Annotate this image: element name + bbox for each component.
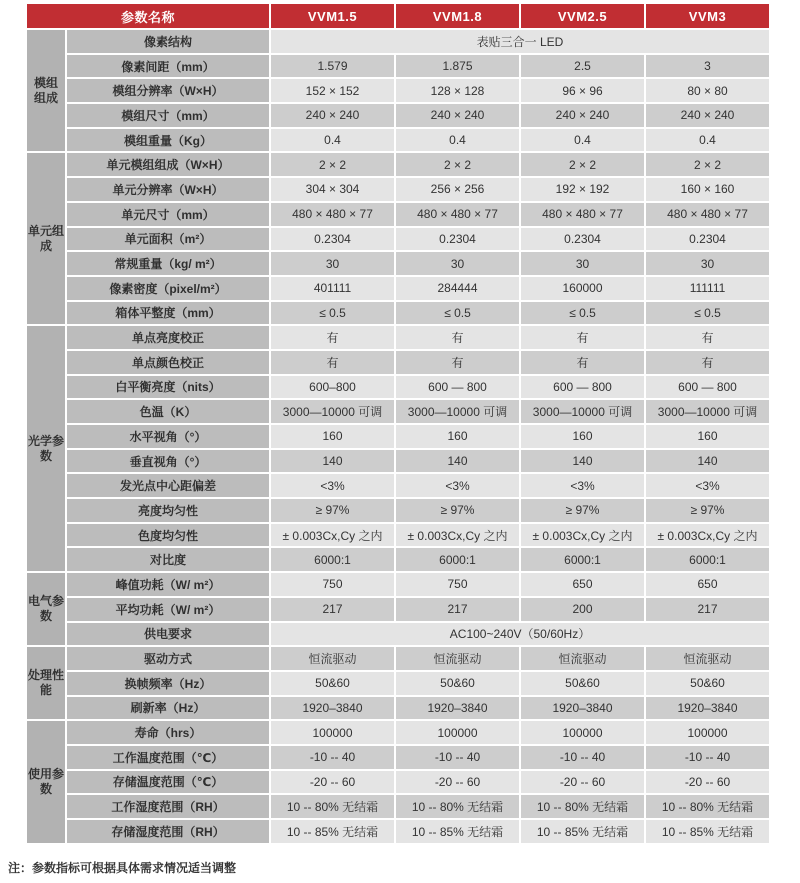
value-cell: 30 [271,252,394,275]
param-cell: 对比度 [67,548,269,571]
value-cell: 480 × 480 × 77 [271,203,394,226]
value-cell: 0.4 [271,129,394,152]
spec-row: 单元分辨率（W×H）304 × 304256 × 256192 × 192160… [27,178,769,201]
param-cell: 水平视角（°） [67,425,269,448]
value-cell: 240 × 240 [271,104,394,127]
value-cell: 10 -- 80% 无结霜 [521,795,644,818]
param-cell: 峰值功耗（W/ m²） [67,573,269,596]
value-cell: 80 × 80 [646,79,769,102]
value-cell: 100000 [646,721,769,744]
param-cell: 模组分辨率（W×H） [67,79,269,102]
value-cell: 160 [646,425,769,448]
value-cell: 3000—10000 可调 [646,400,769,423]
value-cell: ± 0.003Cx,Cy 之内 [271,524,394,547]
value-cell: ± 0.003Cx,Cy 之内 [396,524,519,547]
param-cell: 常规重量（kg/ m²） [67,252,269,275]
value-cell: 30 [521,252,644,275]
value-cell: 10 -- 80% 无结霜 [646,795,769,818]
value-cell: 6000:1 [521,548,644,571]
value-cell: 6000:1 [646,548,769,571]
spec-row: 工作湿度范围（RH）10 -- 80% 无结霜10 -- 80% 无结霜10 -… [27,795,769,818]
value-cell: ≥ 97% [521,499,644,522]
value-cell: 401111 [271,277,394,300]
param-cell: 垂直视角（°） [67,450,269,473]
value-cell: 600–800 [271,376,394,399]
value-cell: 1920–3840 [521,697,644,720]
value-cell: 50&60 [521,672,644,695]
spec-row: 工作温度范围（℃）-10 -- 40-10 -- 40-10 -- 40-10 … [27,746,769,769]
param-cell: 模组重量（Kg） [67,129,269,152]
spec-row: 使用参 数寿命（hrs）100000100000100000100000 [27,721,769,744]
value-cell: 2 × 2 [521,153,644,176]
value-cell: ≤ 0.5 [521,302,644,325]
value-cell: <3% [396,474,519,497]
category-cell: 处理性 能 [27,647,65,719]
value-cell: 200 [521,598,644,621]
param-cell: 单元尺寸（mm） [67,203,269,226]
param-cell: 平均功耗（W/ m²） [67,598,269,621]
value-cell: 140 [521,450,644,473]
value-cell: 240 × 240 [521,104,644,127]
value-cell: 1.875 [396,55,519,78]
value-cell: 2 × 2 [271,153,394,176]
value-cell: 0.4 [396,129,519,152]
value-cell: 有 [271,351,394,374]
value-cell: 217 [271,598,394,621]
param-cell: 存储温度范围（℃） [67,771,269,794]
value-cell: ≥ 97% [271,499,394,522]
value-cell: ≥ 97% [396,499,519,522]
value-cell: 3000—10000 可调 [396,400,519,423]
value-cell: 0.2304 [396,228,519,251]
spec-row: 电气参 数峰值功耗（W/ m²）750750650650 [27,573,769,596]
spec-row: 色温（K）3000—10000 可调3000—10000 可调3000—1000… [27,400,769,423]
param-cell: 亮度均匀性 [67,499,269,522]
value-cell: 750 [271,573,394,596]
param-cell: 单元面积（m²） [67,228,269,251]
spec-row: 箱体平整度（mm）≤ 0.5≤ 0.5≤ 0.5≤ 0.5 [27,302,769,325]
value-cell: -20 -- 60 [271,771,394,794]
model-header-vvm1-8: VVM1.8 [396,4,519,28]
spec-row: 刷新率（Hz）1920–38401920–38401920–38401920–3… [27,697,769,720]
value-cell: 恒流驱动 [396,647,519,670]
param-cell: 箱体平整度（mm） [67,302,269,325]
category-cell: 单元组 成 [27,153,65,324]
value-cell: -20 -- 60 [396,771,519,794]
value-cell: 750 [396,573,519,596]
value-cell: 1920–3840 [396,697,519,720]
value-cell: <3% [521,474,644,497]
value-cell: 有 [646,326,769,349]
param-name-header: 参数名称 [27,4,269,28]
value-cell: 100000 [521,721,644,744]
merged-value-cell: 表贴三合一 LED [271,30,769,53]
category-cell: 光学参 数 [27,326,65,571]
value-cell: 有 [646,351,769,374]
spec-row: 单元面积（m²）0.23040.23040.23040.2304 [27,228,769,251]
spec-row: 存储温度范围（℃）-20 -- 60-20 -- 60-20 -- 60-20 … [27,771,769,794]
spec-row: 垂直视角（°）140140140140 [27,450,769,473]
model-header-vvm3: VVM3 [646,4,769,28]
value-cell: 96 × 96 [521,79,644,102]
spec-row: 像素间距（mm）1.5791.8752.53 [27,55,769,78]
value-cell: 有 [521,351,644,374]
value-cell: <3% [271,474,394,497]
value-cell: 3 [646,55,769,78]
value-cell: 2.5 [521,55,644,78]
value-cell: 0.4 [521,129,644,152]
value-cell: 600 — 800 [521,376,644,399]
param-cell: 单元分辨率（W×H） [67,178,269,201]
param-cell: 存储湿度范围（RH） [67,820,269,843]
value-cell: 3000—10000 可调 [271,400,394,423]
value-cell: 160 [521,425,644,448]
value-cell: ± 0.003Cx,Cy 之内 [521,524,644,547]
spec-row: 平均功耗（W/ m²）217217200217 [27,598,769,621]
value-cell: ± 0.003Cx,Cy 之内 [646,524,769,547]
value-cell: 600 — 800 [646,376,769,399]
spec-row: 色度均匀性± 0.003Cx,Cy 之内± 0.003Cx,Cy 之内± 0.0… [27,524,769,547]
spec-row: 单元组 成单元模组组成（W×H）2 × 22 × 22 × 22 × 2 [27,153,769,176]
value-cell: 30 [646,252,769,275]
value-cell: -10 -- 40 [271,746,394,769]
param-cell: 像素结构 [67,30,269,53]
spec-row: 像素密度（pixel/m²）401111284444160000111111 [27,277,769,300]
footnote: 注：参数指标可根据具体需求情况适当调整 [8,859,236,876]
value-cell: 240 × 240 [646,104,769,127]
spec-row: 处理性 能驱动方式恒流驱动恒流驱动恒流驱动恒流驱动 [27,647,769,670]
value-cell: 152 × 152 [271,79,394,102]
param-cell: 像素密度（pixel/m²） [67,277,269,300]
value-cell: 100000 [271,721,394,744]
value-cell: 10 -- 85% 无结霜 [396,820,519,843]
header-row: 参数名称 VVM1.5 VVM1.8 VVM2.5 VVM3 [27,4,769,28]
category-cell: 使用参 数 [27,721,65,842]
param-cell: 色度均匀性 [67,524,269,547]
value-cell: 6000:1 [396,548,519,571]
value-cell: ≤ 0.5 [646,302,769,325]
category-cell: 电气参 数 [27,573,65,645]
value-cell: 6000:1 [271,548,394,571]
spec-row: 模组尺寸（mm）240 × 240240 × 240240 × 240240 ×… [27,104,769,127]
spec-row: 存储湿度范围（RH）10 -- 85% 无结霜10 -- 85% 无结霜10 -… [27,820,769,843]
spec-row: 白平衡亮度（nits）600–800600 — 800600 — 800600 … [27,376,769,399]
param-cell: 工作温度范围（℃） [67,746,269,769]
value-cell: 217 [396,598,519,621]
value-cell: 1920–3840 [646,697,769,720]
value-cell: 111111 [646,277,769,300]
param-cell: 像素间距（mm） [67,55,269,78]
value-cell: 1.579 [271,55,394,78]
model-header-vvm1-5: VVM1.5 [271,4,394,28]
param-cell: 色温（K） [67,400,269,423]
value-cell: 50&60 [271,672,394,695]
value-cell: 10 -- 85% 无结霜 [521,820,644,843]
param-cell: 发光点中心距偏差 [67,474,269,497]
param-cell: 模组尺寸（mm） [67,104,269,127]
spec-row: 换帧频率（Hz）50&6050&6050&6050&60 [27,672,769,695]
value-cell: 217 [646,598,769,621]
value-cell: ≥ 97% [646,499,769,522]
spec-table: 参数名称 VVM1.5 VVM1.8 VVM2.5 VVM3 模组 组成像素结构… [25,2,771,845]
value-cell: 480 × 480 × 77 [521,203,644,226]
param-cell: 寿命（hrs） [67,721,269,744]
value-cell: -20 -- 60 [521,771,644,794]
value-cell: 160 [271,425,394,448]
value-cell: 650 [646,573,769,596]
value-cell: 30 [396,252,519,275]
value-cell: 100000 [396,721,519,744]
value-cell: -20 -- 60 [646,771,769,794]
value-cell: 304 × 304 [271,178,394,201]
spec-row: 供电要求AC100~240V（50/60Hz） [27,623,769,646]
spec-row: 单点颜色校正有有有有 [27,351,769,374]
value-cell: 480 × 480 × 77 [646,203,769,226]
value-cell: 160 × 160 [646,178,769,201]
value-cell: 240 × 240 [396,104,519,127]
value-cell: 0.2304 [521,228,644,251]
spec-row: 模组 组成像素结构表贴三合一 LED [27,30,769,53]
value-cell: 10 -- 80% 无结霜 [396,795,519,818]
category-cell: 模组 组成 [27,30,65,151]
value-cell: 恒流驱动 [646,647,769,670]
value-cell: 0.4 [646,129,769,152]
value-cell: 128 × 128 [396,79,519,102]
value-cell: 160000 [521,277,644,300]
value-cell: ≤ 0.5 [271,302,394,325]
value-cell: 恒流驱动 [521,647,644,670]
spec-row: 模组重量（Kg）0.40.40.40.4 [27,129,769,152]
value-cell: 256 × 256 [396,178,519,201]
value-cell: 0.2304 [271,228,394,251]
value-cell: 284444 [396,277,519,300]
value-cell: 600 — 800 [396,376,519,399]
value-cell: -10 -- 40 [396,746,519,769]
value-cell: 10 -- 85% 无结霜 [646,820,769,843]
param-cell: 单点颜色校正 [67,351,269,374]
value-cell: -10 -- 40 [646,746,769,769]
value-cell: 10 -- 80% 无结霜 [271,795,394,818]
value-cell: 50&60 [396,672,519,695]
value-cell: 50&60 [646,672,769,695]
spec-row: 模组分辨率（W×H）152 × 152128 × 12896 × 9680 × … [27,79,769,102]
spec-row: 亮度均匀性≥ 97%≥ 97%≥ 97%≥ 97% [27,499,769,522]
value-cell: 0.2304 [646,228,769,251]
value-cell: 192 × 192 [521,178,644,201]
value-cell: 有 [271,326,394,349]
merged-value-cell: AC100~240V（50/60Hz） [271,623,769,646]
value-cell: -10 -- 40 [521,746,644,769]
spec-row: 单元尺寸（mm）480 × 480 × 77480 × 480 × 77480 … [27,203,769,226]
model-header-vvm2-5: VVM2.5 [521,4,644,28]
value-cell: 10 -- 85% 无结霜 [271,820,394,843]
value-cell: 恒流驱动 [271,647,394,670]
param-cell: 换帧频率（Hz） [67,672,269,695]
value-cell: 有 [396,351,519,374]
spec-row: 水平视角（°）160160160160 [27,425,769,448]
value-cell: 140 [396,450,519,473]
param-cell: 刷新率（Hz） [67,697,269,720]
value-cell: ≤ 0.5 [396,302,519,325]
value-cell: 2 × 2 [396,153,519,176]
param-cell: 单元模组组成（W×H） [67,153,269,176]
value-cell: 480 × 480 × 77 [396,203,519,226]
param-cell: 单点亮度校正 [67,326,269,349]
value-cell: 160 [396,425,519,448]
spec-row: 对比度6000:16000:16000:16000:1 [27,548,769,571]
param-cell: 驱动方式 [67,647,269,670]
value-cell: 1920–3840 [271,697,394,720]
value-cell: 有 [396,326,519,349]
param-cell: 白平衡亮度（nits） [67,376,269,399]
spec-row: 常规重量（kg/ m²）30303030 [27,252,769,275]
spec-row: 光学参 数单点亮度校正有有有有 [27,326,769,349]
value-cell: <3% [646,474,769,497]
value-cell: 有 [521,326,644,349]
param-cell: 工作湿度范围（RH） [67,795,269,818]
value-cell: 140 [646,450,769,473]
value-cell: 650 [521,573,644,596]
param-cell: 供电要求 [67,623,269,646]
value-cell: 3000—10000 可调 [521,400,644,423]
value-cell: 140 [271,450,394,473]
spec-row: 发光点中心距偏差<3%<3%<3%<3% [27,474,769,497]
value-cell: 2 × 2 [646,153,769,176]
